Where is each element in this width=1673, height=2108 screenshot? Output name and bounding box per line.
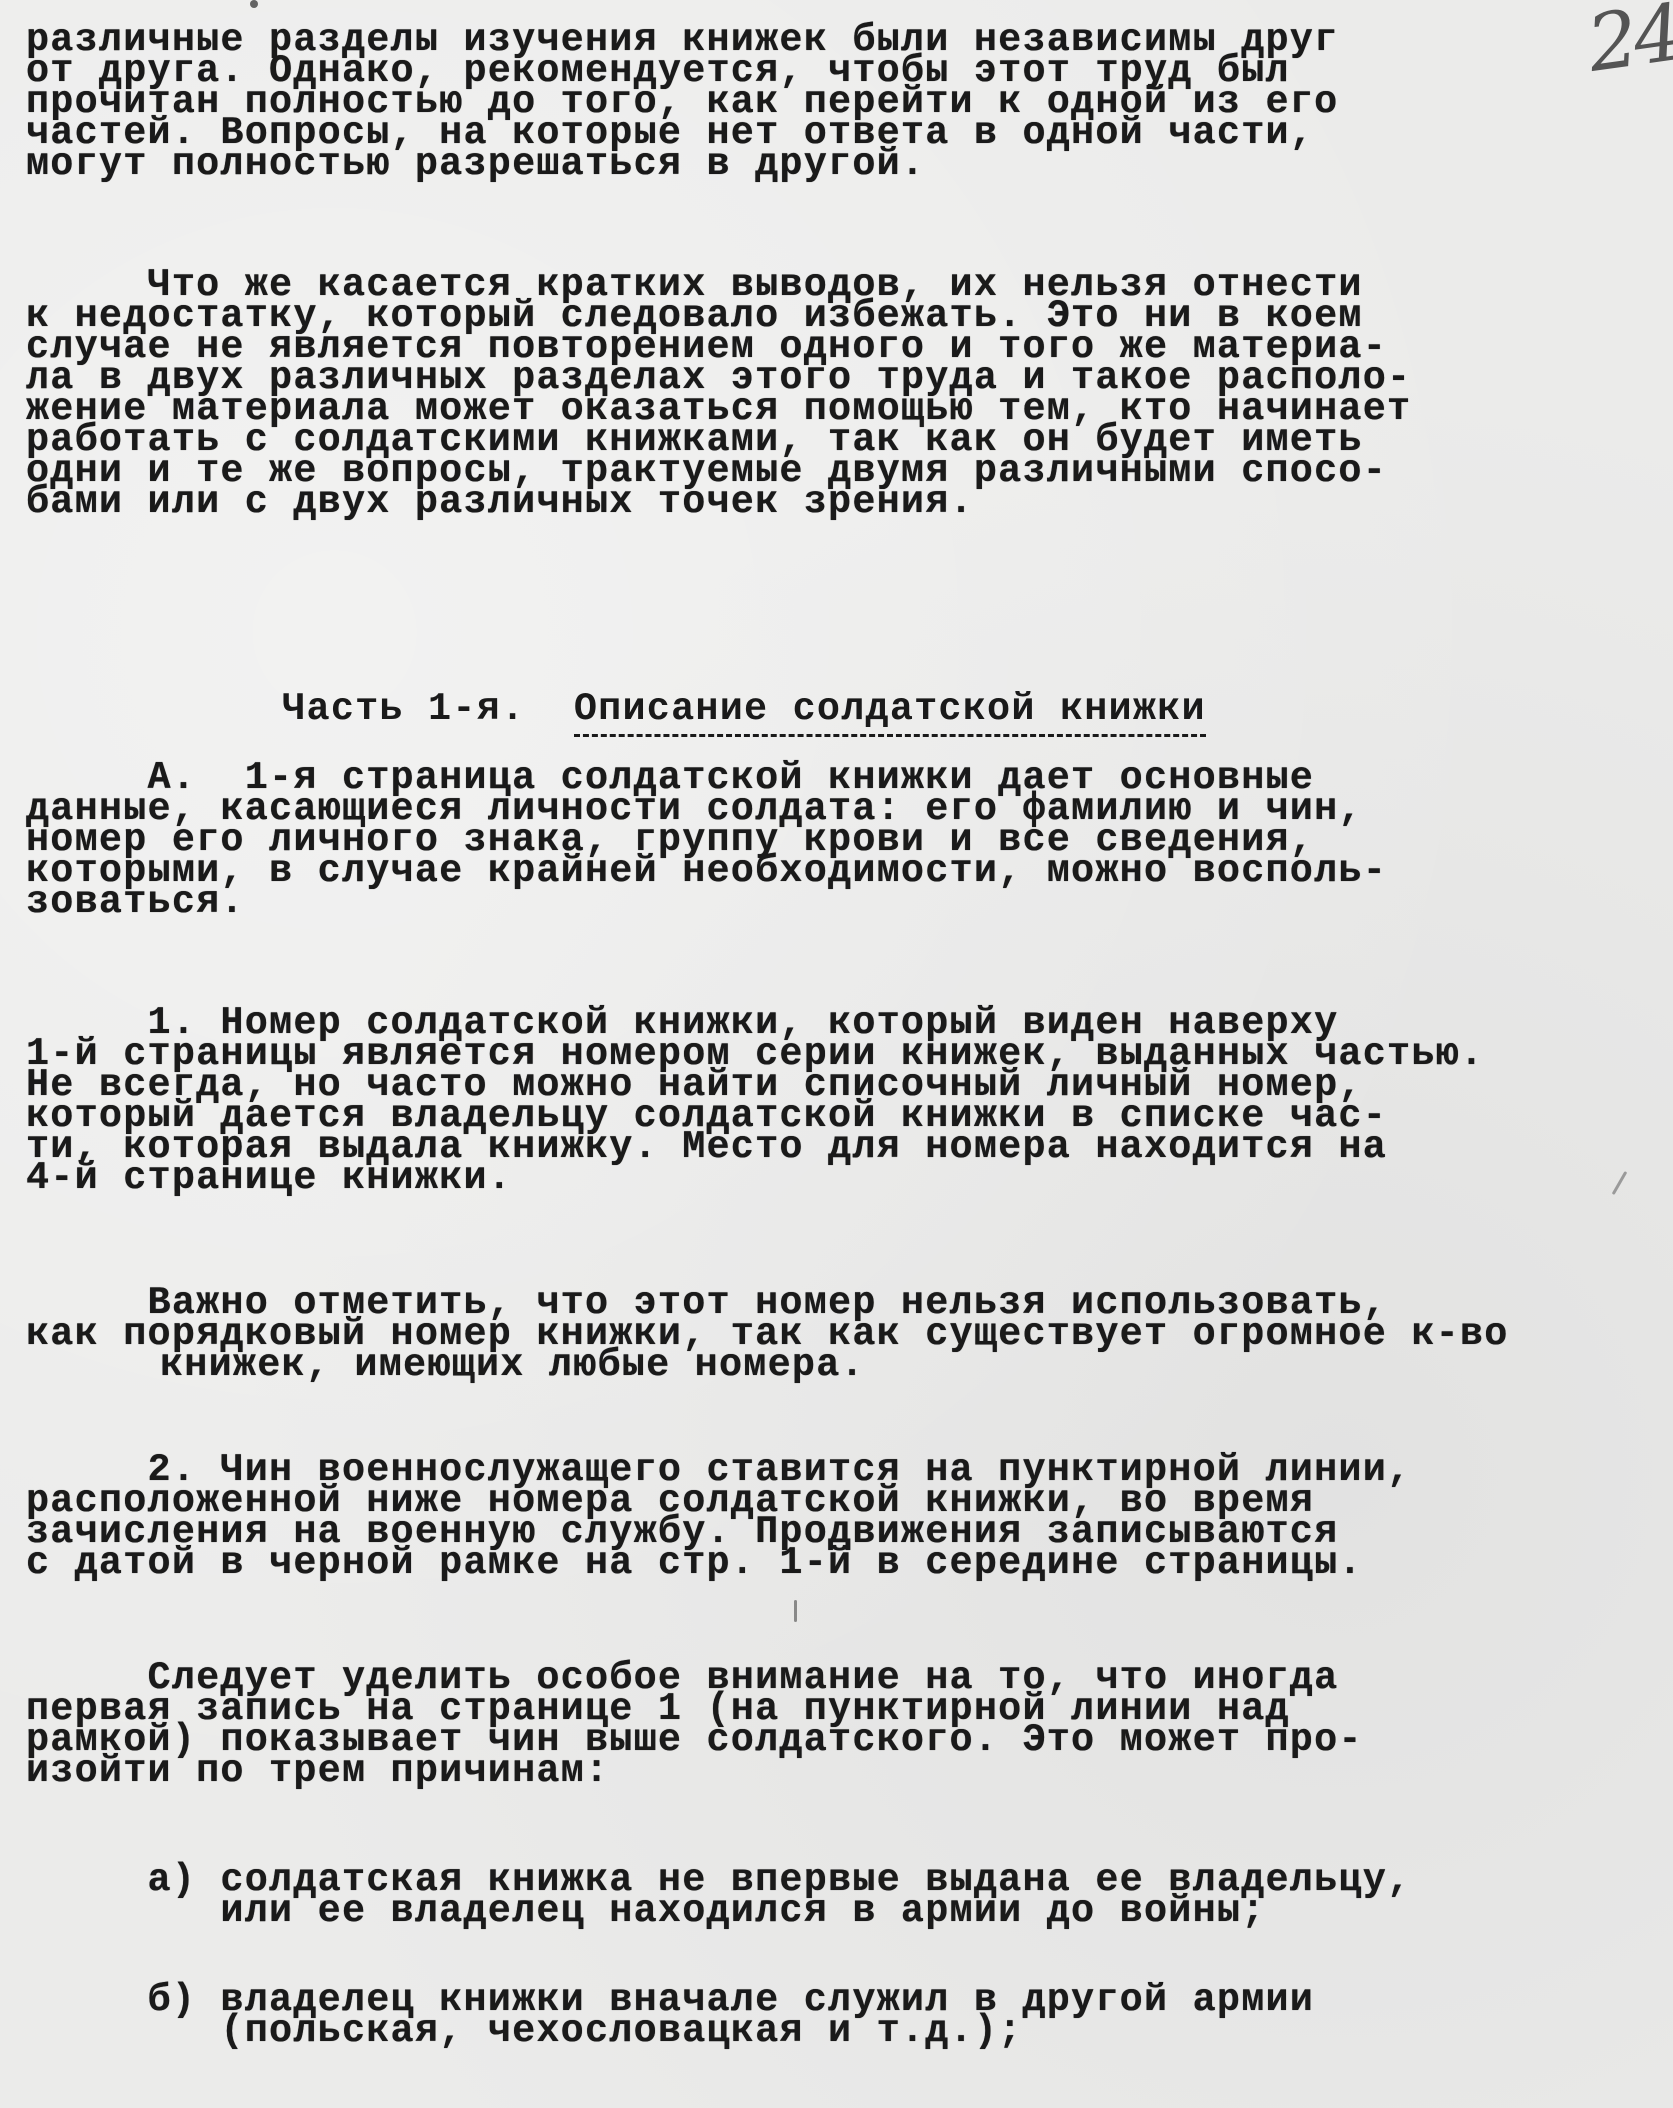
typewritten-document-page: 24 различные разделы изучения книжек был… — [0, 0, 1673, 2108]
section-heading-title: Описание солдатской книжки — [574, 687, 1206, 737]
text-line: 4-й странице книжки. — [26, 1160, 512, 1196]
ink-blot — [250, 0, 258, 8]
pencil-mark — [794, 1600, 797, 1622]
pencil-mark — [1612, 1171, 1628, 1195]
text-line: или ее владелец находился в армии до вой… — [26, 1893, 1266, 1929]
handwritten-page-number: 24 — [1583, 0, 1673, 84]
text-line: книжек, имеющих любые номера. — [160, 1347, 865, 1383]
text-line: бами или с двух различных точек зрения. — [26, 484, 974, 520]
section-heading-prefix: Часть 1-я. — [282, 687, 525, 731]
section-heading: Часть 1-я. Описание солдатской книжки — [185, 655, 1206, 763]
text-line: могут полностью разрешаться в другой. — [26, 146, 925, 182]
text-line: (польская, чехословацкая и т.д.); — [26, 2013, 1022, 2049]
text-line: зоваться. — [26, 884, 245, 920]
text-line: изойти по трем причинам: — [26, 1753, 609, 1789]
text-line: с датой в черной рамке на стр. 1-й в сер… — [26, 1545, 1363, 1581]
